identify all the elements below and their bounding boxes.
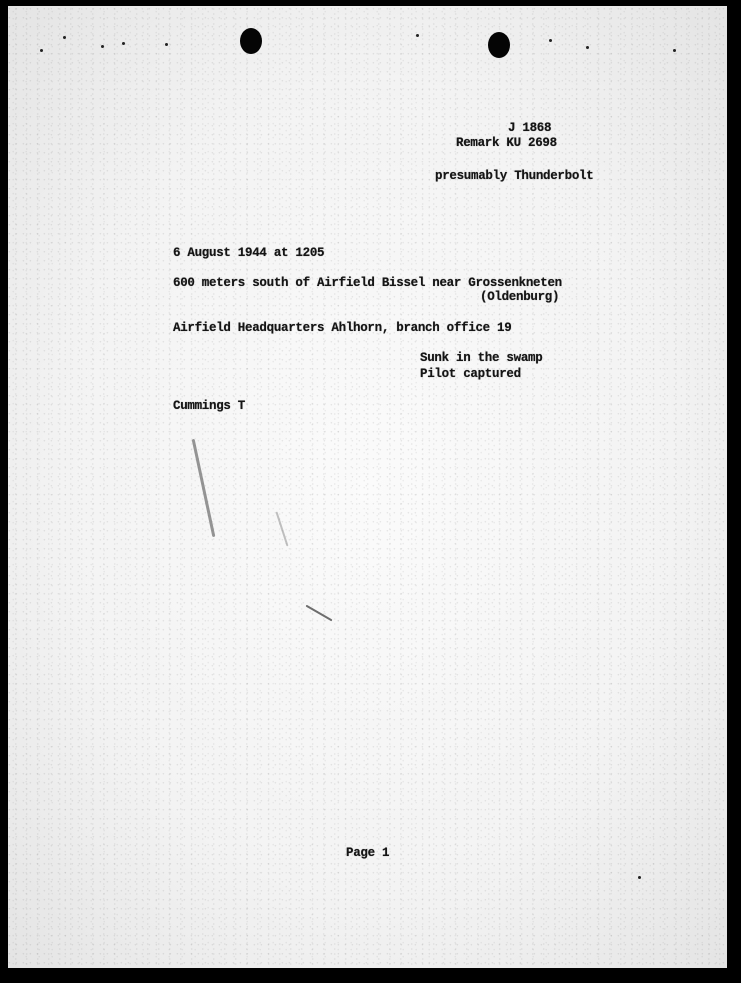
punch-hole-left [240,28,262,54]
date-time: 6 August 1944 at 1205 [173,246,324,260]
punch-hole-right [488,32,510,58]
location-line-2: (Oldenburg) [480,290,559,304]
page-number: Page 1 [346,846,389,860]
speck [101,45,104,48]
reporting-office: Airfield Headquarters Ahlhorn, branch of… [173,321,511,335]
document-page: J 1868 Remark KU 2698 presumably Thunder… [8,6,727,968]
reference-number: J 1868 [508,121,551,135]
speck [586,46,589,49]
speck [63,36,66,39]
paper-texture [8,6,727,968]
pencil-mark [306,605,333,622]
outcome-line-1: Sunk in the swamp [420,351,542,365]
pencil-mark [192,439,216,537]
speck [165,43,168,46]
location-line-1: 600 meters south of Airfield Bissel near… [173,276,562,290]
aircraft-note: presumably Thunderbolt [435,169,593,183]
pencil-mark [275,512,288,547]
crew-name: Cummings T [173,399,245,413]
speck [40,49,43,52]
speck [416,34,419,37]
outcome-line-2: Pilot captured [420,367,521,381]
remark-number: Remark KU 2698 [456,136,557,150]
speck [122,42,125,45]
speck [673,49,676,52]
speck [549,39,552,42]
speck [638,876,641,879]
